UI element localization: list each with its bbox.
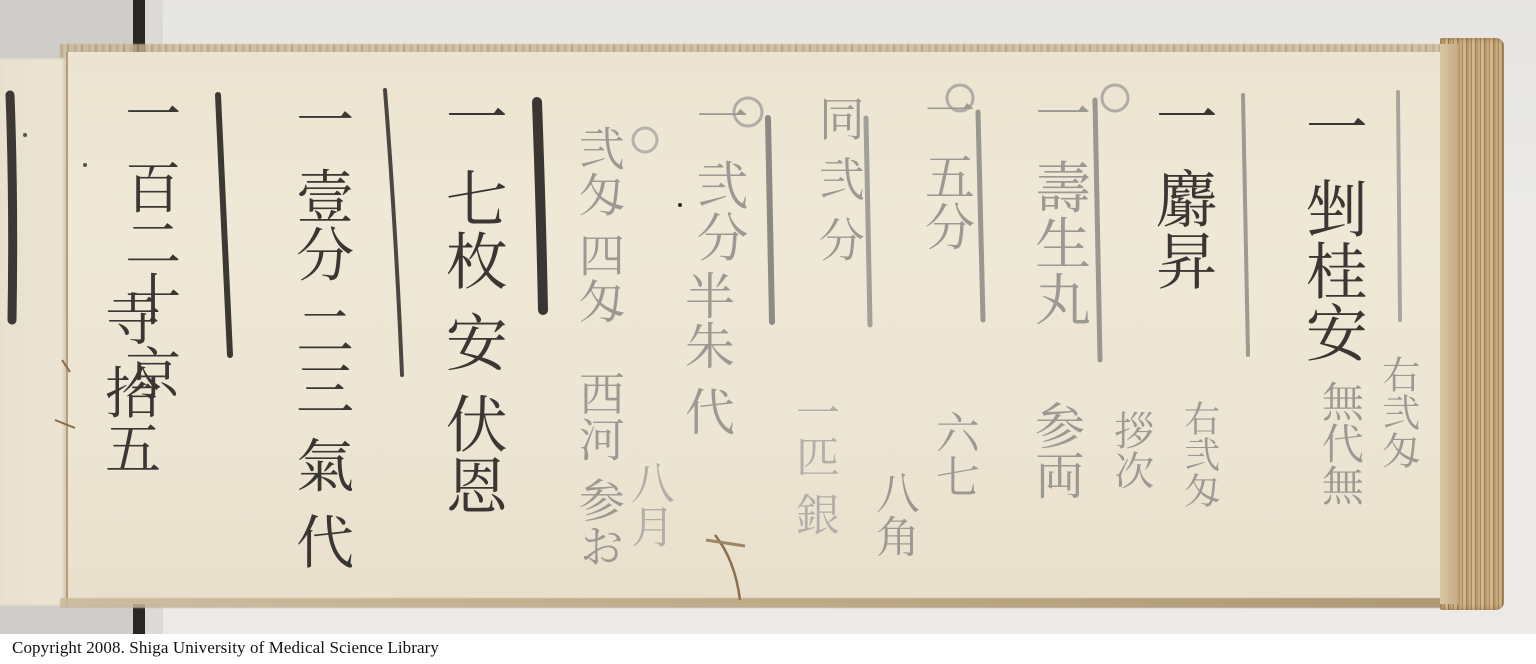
column-2-heading: 一 麝昇 — [1150, 85, 1213, 291]
column-text: 右弐匁 — [1180, 400, 1217, 508]
column-text: 西河 参お — [575, 370, 622, 569]
manuscript-photograph: 一 剉桂安 右弐匁 無代無 一 麝昇 右弐匁 拶次 一 壽生丸 参両 一 五分 … — [0, 0, 1536, 634]
column-text: 弐匁 四匁 — [575, 125, 622, 324]
column-5-annotation: 一匹 銀 — [790, 390, 835, 536]
column-5-heading: 同 弐 分 — [815, 95, 862, 262]
column-2-annotation-b: 拶次 — [1110, 410, 1151, 490]
column-text: 半朱 代 — [680, 270, 731, 436]
column-text: 一 壹分 二三 氣 代 — [290, 90, 349, 570]
column-3-heading: 一 壽生丸 — [1030, 85, 1087, 327]
column-6-annotation-b: 八月 — [625, 460, 670, 548]
column-6-heading: 一 弐分 — [690, 90, 743, 263]
column-2-annotation-a: 右弐匁 — [1180, 400, 1217, 508]
column-1-heading: 一 剉桂安 — [1300, 95, 1363, 363]
column-3-annotation: 参両 — [1030, 400, 1081, 500]
column-9-heading: 一 壹分 二三 氣 代 — [290, 90, 349, 570]
column-text: 無代無 — [1318, 380, 1361, 506]
column-text: 八月 — [625, 460, 670, 548]
column-text: 参両 — [1030, 400, 1081, 500]
column-text: 右弐匁 — [1378, 355, 1417, 469]
column-text: 寺 拾五 — [100, 290, 157, 476]
column-1-annotation-a: 右弐匁 — [1378, 355, 1417, 469]
column-4-annotation-a: 六七 — [930, 410, 975, 498]
column-4-annotation-b: 八角 — [870, 470, 915, 558]
column-text: 拶次 — [1110, 410, 1151, 490]
column-6-annotation-a: 半朱 代 — [680, 270, 731, 436]
column-text: 一 五分 — [920, 85, 971, 251]
column-text: 八角 — [870, 470, 915, 558]
column-text: 同 弐 分 — [815, 95, 862, 262]
column-text: 一 七枚 安 伏恩 — [440, 85, 503, 516]
copyright-caption: Copyright 2008. Shiga University of Medi… — [12, 638, 439, 658]
column-text: 一匹 銀 — [790, 390, 835, 536]
column-text: 六七 — [930, 410, 975, 498]
column-text: 一 剉桂安 — [1300, 95, 1363, 363]
column-4-heading: 一 五分 — [920, 85, 971, 251]
column-8-heading: 一 七枚 安 伏恩 — [440, 85, 503, 516]
column-text: 一 壽生丸 — [1030, 85, 1087, 327]
column-1-annotation-b: 無代無 — [1318, 380, 1361, 506]
column-text: 一 弐分 — [690, 90, 743, 263]
column-text: 一 麝昇 — [1150, 85, 1213, 291]
column-10-annotation: 寺 拾五 — [100, 290, 157, 476]
column-7-annotation: 西河 参お — [575, 370, 622, 569]
column-7-heading: 弐匁 四匁 — [575, 125, 622, 324]
